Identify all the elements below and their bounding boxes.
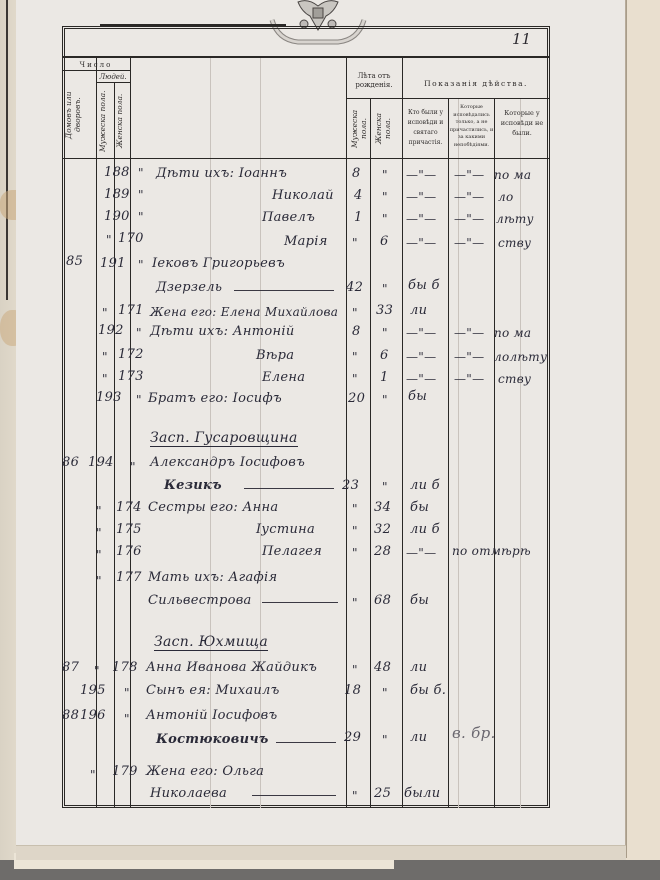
confessed-mark: ли bbox=[410, 303, 427, 318]
person-name: Костюковичъ bbox=[156, 732, 269, 747]
person-name: Сильвестрова bbox=[148, 593, 252, 608]
age-female: 6 bbox=[380, 234, 389, 249]
age-female: 48 bbox=[374, 660, 391, 675]
person-name: Марія bbox=[284, 234, 328, 249]
age-female: " bbox=[382, 168, 388, 182]
age-female: 1 bbox=[380, 370, 389, 385]
header-households: Домовъ или дворовъ. bbox=[64, 74, 94, 156]
male-number: 195 bbox=[80, 683, 106, 698]
female-number: 174 bbox=[116, 500, 142, 515]
confessed-mark: —"— bbox=[406, 350, 436, 364]
header-rule bbox=[346, 98, 550, 99]
header-male: Мужеска пола. bbox=[98, 86, 112, 156]
male-number: 190 bbox=[104, 209, 130, 224]
col-divider bbox=[494, 98, 495, 808]
age-female: " bbox=[382, 480, 388, 494]
col-divider bbox=[448, 98, 449, 808]
col-divider bbox=[402, 58, 403, 808]
person-name: Сынъ ея: Михаилъ bbox=[146, 683, 280, 698]
age-female: 34 bbox=[374, 500, 391, 515]
male-number: 192 bbox=[98, 323, 124, 338]
confessed-only-mark: —"— bbox=[454, 190, 484, 204]
col-divider bbox=[130, 58, 131, 808]
person-name: Іустина bbox=[256, 522, 315, 537]
confessed-mark: —"— bbox=[406, 236, 436, 250]
female-number: " bbox=[138, 258, 144, 272]
male-number: " bbox=[96, 504, 102, 518]
confessed-mark: ли б bbox=[410, 522, 440, 537]
confessed-mark: ли б bbox=[410, 478, 440, 493]
confessed-mark: —"— bbox=[406, 212, 436, 226]
header-col-confessed: Кто были у исповѣди и святаго причастія. bbox=[403, 108, 448, 148]
header-age-male: Мужеска пола. bbox=[350, 102, 366, 156]
confessed-only-mark: —"— bbox=[454, 326, 484, 340]
age-female: " bbox=[382, 190, 388, 204]
age-male: 29 bbox=[344, 730, 361, 745]
fill-dash bbox=[262, 602, 338, 603]
not-confessed-note: по ма bbox=[494, 326, 531, 340]
female-number: 172 bbox=[118, 347, 144, 362]
age-male: " bbox=[352, 372, 358, 386]
male-number: 193 bbox=[96, 390, 122, 405]
not-confessed-note: ству bbox=[498, 372, 531, 386]
age-female: " bbox=[382, 282, 388, 296]
female-number: " bbox=[138, 166, 144, 180]
female-number: " bbox=[138, 188, 144, 202]
female-number: " bbox=[136, 393, 142, 407]
age-male: " bbox=[352, 546, 358, 560]
female-number: 171 bbox=[118, 303, 144, 318]
not-confessed-note: по ма bbox=[494, 168, 531, 182]
person-name: Антоній Іосифовъ bbox=[146, 708, 277, 723]
household-number: 86 bbox=[62, 455, 79, 470]
male-number: " bbox=[96, 574, 102, 588]
female-number: " bbox=[130, 460, 136, 474]
confessed-mark: бы bbox=[410, 593, 429, 608]
female-number: 175 bbox=[116, 522, 142, 537]
confessed-mark: —"— bbox=[406, 190, 436, 204]
confessed-only-mark: —"— bbox=[454, 168, 484, 182]
faint-ruling bbox=[458, 98, 459, 808]
person-name: Сестры его: Анна bbox=[148, 500, 278, 515]
person-name: Дѣти ихъ: Антоній bbox=[150, 324, 295, 339]
age-male: " bbox=[352, 350, 358, 364]
confessed-only-mark: —"— bbox=[454, 212, 484, 226]
person-name: Жена его: Елена Михайлова bbox=[150, 305, 338, 319]
male-number: 191 bbox=[100, 256, 126, 271]
confessed-mark: бы б. bbox=[410, 683, 446, 698]
age-female: " bbox=[382, 686, 388, 700]
male-number: " bbox=[102, 350, 108, 364]
male-number: 196 bbox=[80, 708, 106, 723]
age-female: " bbox=[382, 212, 388, 226]
person-name: Вѣра bbox=[256, 348, 294, 363]
person-name: Николай bbox=[272, 188, 334, 203]
male-number: 188 bbox=[104, 165, 130, 180]
age-male: " bbox=[352, 236, 358, 250]
age-male: " bbox=[352, 663, 358, 677]
age-male: " bbox=[352, 502, 358, 516]
background-right bbox=[620, 0, 660, 880]
confessed-mark: ли bbox=[410, 730, 427, 745]
household-number: 87 bbox=[62, 660, 79, 675]
header-group-number: Число bbox=[62, 61, 130, 69]
female-number: 178 bbox=[112, 660, 138, 675]
confessed-mark: бы б bbox=[408, 278, 440, 293]
confessed-mark: —"— bbox=[406, 168, 436, 182]
header-persons: Людей. bbox=[96, 73, 130, 81]
fill-dash bbox=[244, 488, 334, 489]
header-col-not-confessed: Которые у исповѣди не были. bbox=[495, 108, 549, 138]
confessed-only-mark: —"— bbox=[454, 350, 484, 364]
header-female: Женска пола. bbox=[115, 86, 129, 156]
age-male: 4 bbox=[354, 188, 363, 203]
male-number: " bbox=[96, 548, 102, 562]
confessed-mark: —"— bbox=[406, 372, 436, 386]
age-female: 32 bbox=[374, 522, 391, 537]
header-bottom-rule bbox=[62, 158, 550, 159]
header-rule bbox=[96, 82, 130, 83]
female-number: 170 bbox=[118, 231, 144, 246]
table-header-top-rule bbox=[62, 56, 550, 58]
age-male: " bbox=[352, 306, 358, 320]
age-female: " bbox=[382, 326, 388, 340]
faint-ruling bbox=[520, 98, 521, 808]
confessed-mark: бы bbox=[410, 500, 429, 515]
female-number: " bbox=[136, 326, 142, 340]
age-male: 8 bbox=[352, 324, 361, 339]
confessed-only-mark: —"— bbox=[454, 236, 484, 250]
age-female: " bbox=[382, 393, 388, 407]
female-number: 179 bbox=[112, 764, 138, 779]
header-col-confessed-only: Которые исповѣдались только, а не причас… bbox=[449, 104, 494, 149]
person-name: Братъ его: Іосифъ bbox=[148, 391, 282, 406]
header-rule bbox=[62, 70, 130, 71]
female-number: 176 bbox=[116, 544, 142, 559]
male-number: " bbox=[96, 526, 102, 540]
fill-dash bbox=[234, 290, 334, 291]
age-female: 28 bbox=[374, 544, 391, 559]
male-number: " bbox=[102, 306, 108, 320]
confessed-mark: были bbox=[404, 786, 440, 801]
person-name: Дѣти ихъ: Іоаннъ bbox=[156, 166, 287, 181]
age-male: 23 bbox=[342, 478, 359, 493]
page-bottom-edge bbox=[16, 845, 626, 860]
female-number: 173 bbox=[118, 369, 144, 384]
not-confessed-note: ству bbox=[498, 236, 531, 250]
person-name: Александръ Іосифовъ bbox=[150, 455, 305, 470]
not-confessed-note: ло bbox=[498, 190, 513, 204]
fill-dash bbox=[276, 742, 336, 743]
male-number: 194 bbox=[88, 455, 114, 470]
header-age-female: Женска пола. bbox=[374, 102, 398, 156]
female-number: " bbox=[124, 712, 130, 726]
confessed-mark: ли bbox=[410, 660, 427, 675]
confessed-mark: бы bbox=[408, 389, 427, 404]
age-female: " bbox=[382, 733, 388, 747]
not-confessed-note: лолѣту bbox=[494, 350, 547, 364]
male-number: " bbox=[102, 372, 108, 386]
person-name: Жена его: Ольга bbox=[146, 764, 264, 779]
pencil-note: в. бр. bbox=[452, 724, 496, 742]
person-name: Мать ихъ: Агафія bbox=[148, 570, 277, 585]
person-name: Дзерзель bbox=[156, 280, 222, 295]
confessed-only-note: по отмѣрѣ bbox=[452, 544, 531, 558]
person-name: Пелагея bbox=[262, 544, 322, 559]
male-number: " bbox=[106, 233, 112, 247]
household-number: 88 bbox=[62, 708, 79, 723]
not-confessed-note: лѣту bbox=[496, 212, 534, 226]
household-number: 85 bbox=[66, 254, 83, 269]
age-male: 1 bbox=[354, 210, 363, 225]
settlement-heading: Засп. Юхмища bbox=[154, 634, 268, 651]
female-number: " bbox=[138, 210, 144, 224]
male-number: 189 bbox=[104, 187, 130, 202]
person-name: Іековъ Григорьевъ bbox=[152, 256, 285, 271]
age-female: 68 bbox=[374, 593, 391, 608]
person-name: Павелъ bbox=[262, 210, 315, 225]
female-number: 177 bbox=[116, 570, 142, 585]
age-female: 25 bbox=[374, 786, 391, 801]
age-female: 33 bbox=[376, 303, 393, 318]
confessed-mark: —"— bbox=[406, 546, 436, 560]
age-female: 6 bbox=[380, 348, 389, 363]
settlement-heading: Засп. Гусаровщина bbox=[150, 430, 298, 447]
person-name: Николаева bbox=[150, 786, 227, 801]
header-years-age: Лѣта отъ рожденія. bbox=[346, 72, 402, 90]
age-male: " bbox=[352, 789, 358, 803]
female-number: " bbox=[124, 686, 130, 700]
age-male: " bbox=[352, 524, 358, 538]
confessed-only-mark: —"— bbox=[454, 372, 484, 386]
male-number: " bbox=[94, 664, 100, 678]
person-name: Кезикъ bbox=[164, 478, 222, 493]
age-male: 42 bbox=[346, 280, 363, 295]
person-name: Анна Иванова Жайдикъ bbox=[146, 660, 317, 675]
male-number: " bbox=[90, 768, 96, 782]
person-name: Елена bbox=[262, 370, 305, 385]
confessed-mark: —"— bbox=[406, 326, 436, 340]
age-male: 18 bbox=[344, 683, 361, 698]
age-male: " bbox=[352, 596, 358, 610]
fill-dash bbox=[252, 795, 336, 796]
age-male: 8 bbox=[352, 166, 361, 181]
col-divider bbox=[370, 98, 371, 808]
page-edge bbox=[6, 0, 8, 300]
header-confession-title: Показанія дѣйства. bbox=[402, 80, 550, 88]
age-male: 20 bbox=[348, 391, 365, 406]
